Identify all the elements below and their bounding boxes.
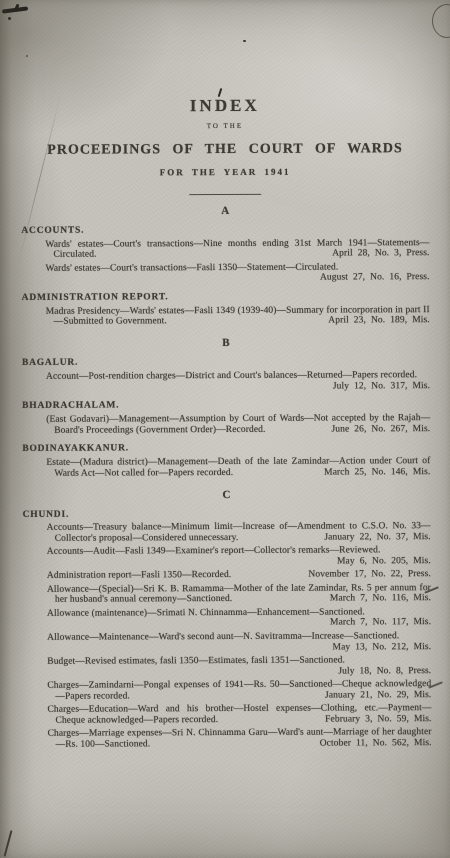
item-ref: February 3, No. 59, Mis. [315, 714, 431, 725]
item-ref: January 21, No. 29, Mis. [315, 690, 431, 701]
index-entry: BAGALUR. Account—Post-rendition charges—… [22, 356, 430, 393]
page-subtitle: TO THE [21, 121, 429, 131]
index-item: (East Godavari)—Management—Assumption by… [22, 413, 430, 436]
section-entries: BAGALUR. Account—Post-rendition charges—… [22, 356, 431, 479]
item-ref: May 6, No. 205, Mis. [327, 556, 431, 567]
item-text: Allowance (maintenance)—Srimati N. Chinn… [47, 607, 365, 618]
index-item: Account—Post-rendition charges—District … [22, 370, 430, 393]
entry-items: (East Godavari)—Management—Assumption by… [22, 413, 430, 436]
section-letter: B [22, 336, 430, 350]
item-ref: May 13, No. 212, Mis. [322, 642, 431, 653]
index-item: Accounts—Treasury balance—Minimum limit—… [23, 521, 431, 544]
index-entry: ADMINISTRATION REPORT. Madras Presidency… [22, 291, 430, 328]
entry-heading: CHUNDI. [23, 508, 431, 521]
item-ref: August 27, No. 16, Press. [310, 272, 430, 283]
entry-heading: BAGALUR. [22, 356, 430, 369]
item-ref: July 12, No. 317, Mis. [323, 381, 430, 392]
index-item: Madras Presidency—Wards' estates—Fasli 1… [22, 305, 430, 328]
section-entries: CHUNDI. Accounts—Treasury balance—Minimu… [23, 508, 432, 751]
sections: A ACCOUNTS. Wards' estates—Court's trans… [21, 204, 431, 750]
page-year-line: FOR THE YEAR 1941 [21, 166, 429, 178]
item-ref: January 22, No. 37, Mis. [314, 532, 430, 543]
index-entry: BHADRACHALAM. (East Godavari)—Management… [22, 399, 430, 436]
index-section: C CHUNDI. Accounts—Treasury balance—Mini… [22, 488, 431, 751]
index-item: Estate—(Madura district)—Management—Deat… [22, 456, 430, 479]
item-text: Allowance—Maintenance—Ward's second aunt… [47, 631, 399, 643]
index-item: Administration report—Fasli 1350—Recorde… [23, 569, 431, 582]
item-ref: April 28, No. 3, Press. [322, 248, 429, 259]
entry-items: Wards' estates—Court's transactions—Nine… [21, 238, 429, 285]
page-main-title: PROCEEDINGS OF THE COURT OF WARDS [21, 141, 429, 159]
entry-items: Account—Post-rendition charges—District … [22, 370, 430, 393]
section-letter: C [22, 488, 430, 502]
entry-heading: BHADRACHALAM. [22, 399, 430, 412]
page-content: INDEX TO THE PROCEEDINGS OF THE COURT OF… [0, 0, 450, 753]
item-text: Account—Post-rendition charges—District … [46, 370, 417, 382]
item-ref: June 26, No. 267, Mis. [321, 424, 430, 435]
pen-slash-bottom-left [4, 830, 13, 857]
entry-heading: ADMINISTRATION REPORT. [22, 291, 430, 304]
entry-items: Estate—(Madura district)—Management—Deat… [22, 456, 430, 479]
item-text: Wards' estates—Court's transactions—Fasl… [46, 262, 339, 273]
entry-items: Accounts—Treasury balance—Minimum limit—… [23, 521, 432, 750]
entry-items: Madras Presidency—Wards' estates—Fasli 1… [22, 305, 430, 328]
index-entry: ACCOUNTS. Wards' estates—Court's transac… [21, 224, 429, 285]
index-entry: CHUNDI. Accounts—Treasury balance—Minimu… [23, 508, 432, 751]
page-title: INDEX [21, 95, 429, 117]
section-letter: A [21, 204, 429, 218]
index-section: A ACCOUNTS. Wards' estates—Court's trans… [21, 204, 430, 328]
item-ref: March 7, No. 116, Mis. [320, 593, 431, 604]
index-item: Charges—Education—Ward and his brother—H… [23, 703, 431, 726]
item-ref: November 17, No. 22, Press. [298, 569, 431, 580]
item-text: Budget—Revised estimates, fasli 1350—Est… [47, 655, 345, 666]
entry-heading: BODINAYAKKANUR. [22, 443, 430, 456]
item-text: Administration report—Fasli 1350—Recorde… [47, 570, 231, 581]
index-item: Wards' estates—Court's transactions—Nine… [21, 238, 429, 261]
index-item: Allowance (maintenance)—Srimati N. Chinn… [23, 607, 431, 630]
item-ref: March 7, No. 117, Mis. [320, 618, 431, 629]
item-text: Accounts—Audit—Fasli 1349—Examiner's rep… [47, 545, 381, 556]
entry-heading: ACCOUNTS. [21, 224, 429, 237]
index-item: Charges—Marriage expenses—Sri N. Chinnam… [24, 727, 432, 750]
index-entry: BODINAYAKKANUR. Estate—(Madura district)… [22, 443, 430, 480]
index-item: Budget—Revised estimates, fasli 1350—Est… [23, 655, 431, 678]
item-ref: October 11, No. 562, Mis. [310, 738, 432, 749]
index-item: Charges—Zamindarni—Pongal expenses of 19… [23, 679, 431, 702]
item-ref: July 18, No. 8, Press. [328, 666, 431, 677]
index-item: Allowance—Maintenance—Ward's second aunt… [23, 631, 431, 654]
item-ref: April 23, No. 189, Mis. [318, 316, 430, 327]
index-item: Allowance—(Special)—Sri K. B. Ramamma—Mo… [23, 583, 431, 606]
index-item: Accounts—Audit—Fasli 1349—Examiner's rep… [23, 545, 431, 568]
index-item: Wards' estates—Court's transactions—Fasl… [22, 262, 430, 285]
scanned-index-page: { "colors": { "paper": "#c5c2bb", "ink":… [0, 0, 450, 858]
item-ref: March 25, No. 146, Mis. [314, 467, 430, 478]
title-divider [189, 194, 261, 195]
section-entries: ACCOUNTS. Wards' estates—Court's transac… [21, 224, 429, 328]
index-section: B BAGALUR. Account—Post-rendition charge… [22, 336, 431, 479]
